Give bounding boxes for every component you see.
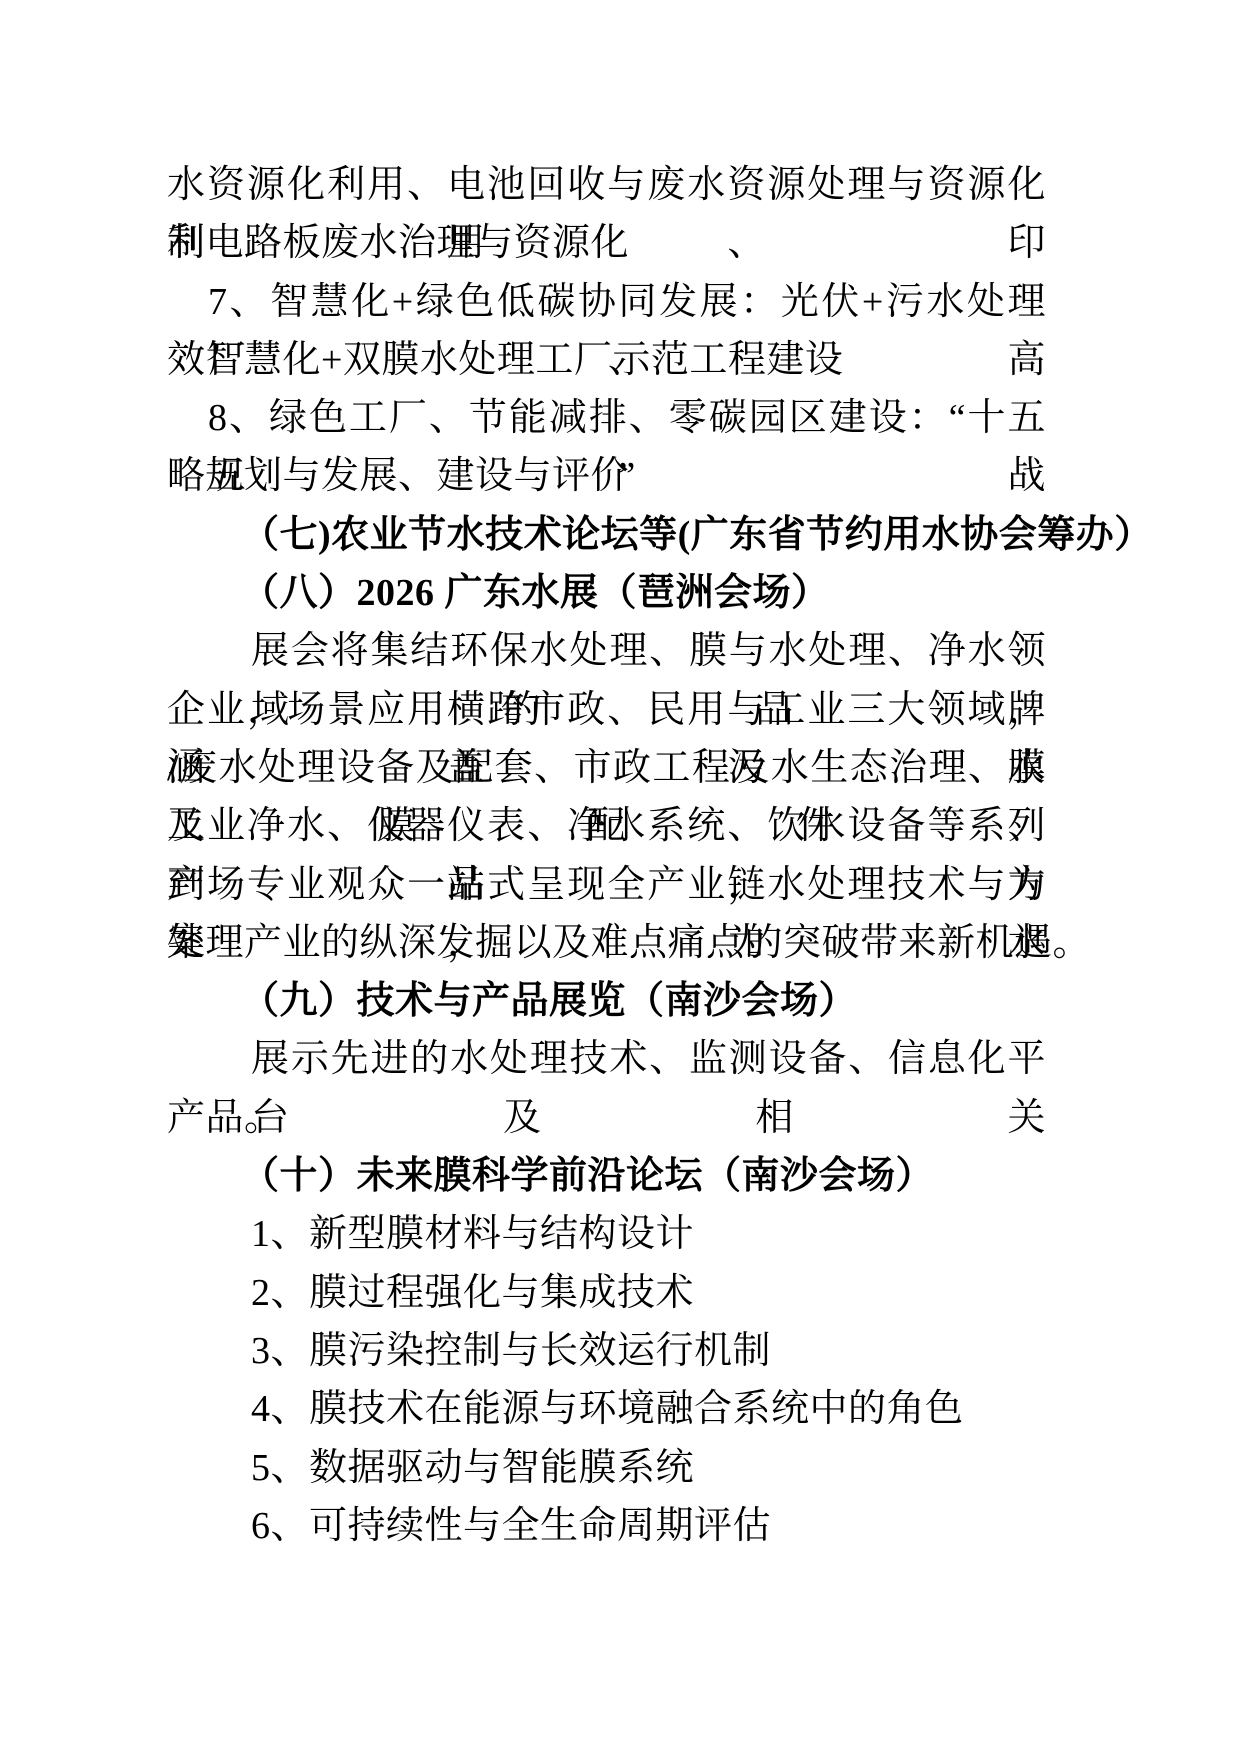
paragraph-line: 展会将集结环保水处理、膜与水处理、净水领域的品牌 xyxy=(167,622,1046,680)
paragraph-line: 展示先进的水处理技术、监测设备、信息化平台及相关 xyxy=(167,1030,1046,1088)
list-item: 6、可持续性与全生命周期评估 xyxy=(167,1497,1046,1555)
paragraph-line: 到场专业观众一站式呈现全产业链水处理技术与方案，为水 xyxy=(167,856,1046,914)
section-heading: （十）未来膜科学前沿论坛（南沙会场） xyxy=(167,1147,1046,1205)
list-item: 1、新型膜材料与结构设计 xyxy=(167,1205,1046,1263)
paragraph-line: 工业净水、仪器仪表、净水系统、饮水设备等系列产品，为 xyxy=(167,797,1046,855)
paragraph-line: /废水处理设备及配套、市政工程及水生态治理、膜及膜配件、 xyxy=(167,739,1046,797)
list-item: 3、膜污染控制与长效运行机制 xyxy=(167,1322,1046,1380)
list-item: 2、膜过程强化与集成技术 xyxy=(167,1264,1046,1322)
list-item: 5、数据驱动与智能膜系统 xyxy=(167,1439,1046,1497)
list-item: 4、膜技术在能源与环境融合系统中的角色 xyxy=(167,1380,1046,1438)
list-item: 7、智慧化+绿色低碳协同发展：光伏+污水处理厂、高 xyxy=(167,273,1046,331)
document-body: 水资源化利用、电池回收与废水资源处理与资源化利用、印 制电路板废水治理与资源化 … xyxy=(167,156,1046,1555)
list-item: 8、绿色工厂、节能减排、零碳园区建设：“十五五”战 xyxy=(167,389,1046,447)
section-heading: （八）2026 广东水展（琶洲会场） xyxy=(167,564,1046,622)
paragraph-line: 水资源化利用、电池回收与废水资源处理与资源化利用、印 xyxy=(167,156,1046,214)
paragraph-line: 处理产业的纵深发掘以及难点痛点的突破带来新机遇。 xyxy=(167,914,1046,972)
section-heading: （七)农业节水技术论坛等(广东省节约用水协会筹办） xyxy=(167,506,1046,564)
paragraph-line: 企业，场景应用横跨市政、民用与工业三大领域，涵盖污水 xyxy=(167,681,1046,739)
section-heading: （九）技术与产品展览（南沙会场） xyxy=(167,972,1046,1030)
document-page: 水资源化利用、电池回收与废水资源处理与资源化利用、印 制电路板废水治理与资源化 … xyxy=(0,0,1240,1754)
